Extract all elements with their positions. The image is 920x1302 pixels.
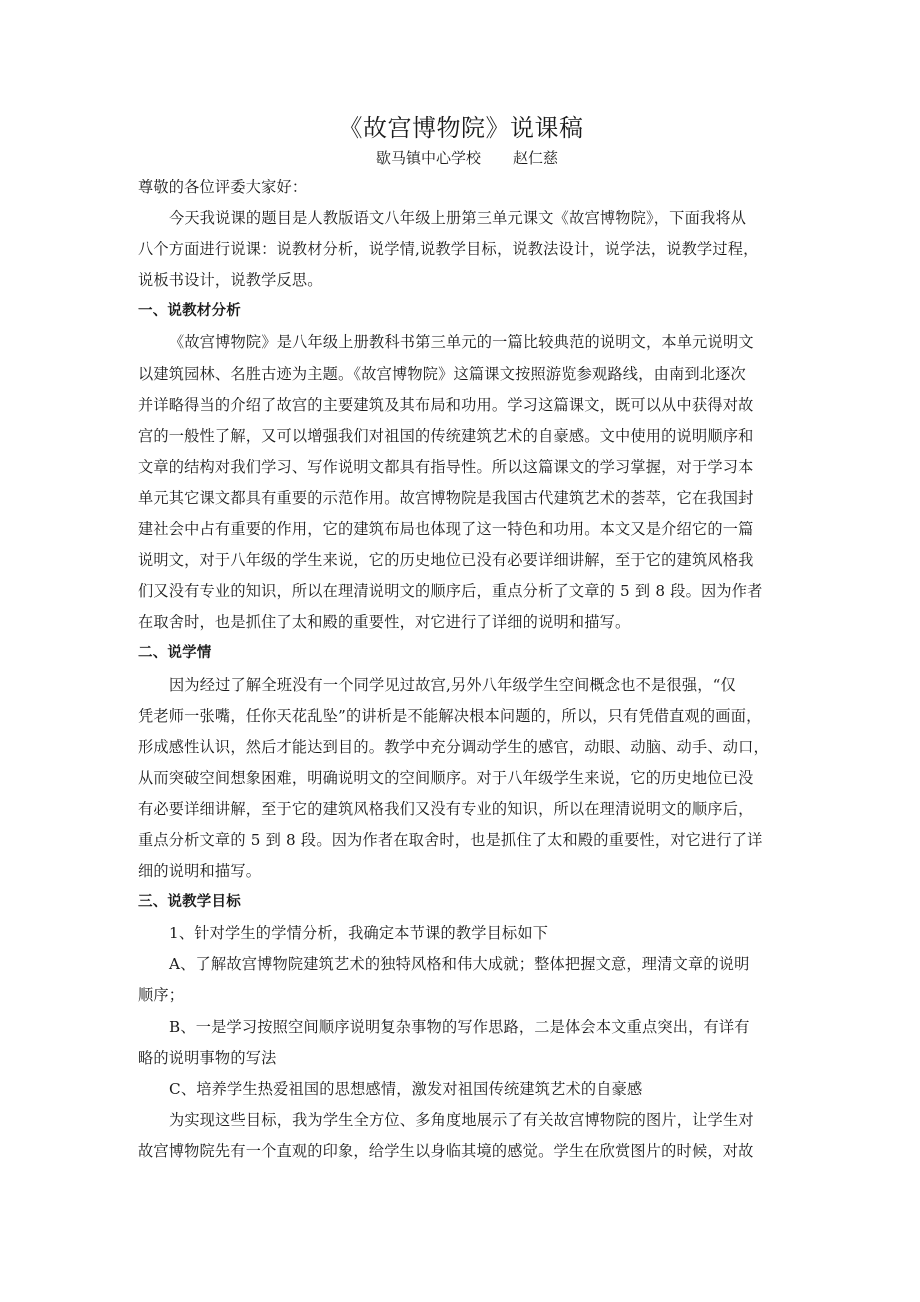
paragraph-line: 为实现这些目标，我为学生全方位、多角度地展示了有关故宫博物院的图片，让学生对: [138, 1105, 784, 1136]
paragraph-line: 说明文，对于八年级的学生来说，它的历史地位已没有必要详细讲解，至于它的建筑风格我: [138, 545, 784, 576]
goal-b-line: 略的说明事物的写法: [138, 1043, 784, 1074]
document-page: 《故宫博物院》说课稿 歇马镇中心学校赵仁慈 尊敬的各位评委大家好： 今天我说课的…: [138, 112, 784, 1167]
paragraph-line: 在取舍时，也是抓住了太和殿的重要性，对它进行了详细的说明和描写。: [138, 607, 784, 638]
paragraph-line: 1、针对学生的学情分析，我确定本节课的教学目标如下: [138, 918, 784, 949]
paragraph-line: 凭老师一张嘴，任你天花乱坠”的讲析是不能解决根本问题的，所以，只有凭借直观的画面…: [138, 701, 784, 732]
goal-a-line: A、了解故宫博物院建筑艺术的独特风格和伟大成就；整体把握文意，理清文章的说明: [138, 949, 784, 980]
author-school: 歇马镇中心学校: [376, 149, 481, 167]
document-title: 《故宫博物院》说课稿: [138, 112, 784, 144]
goal-a-line: 顺序；: [138, 980, 784, 1011]
intro-line: 八个方面进行说课：说教材分析，说学情,说教学目标，说教法设计，说学法，说教学过程…: [138, 234, 784, 265]
goal-c-line: C、培养学生热爱祖国的思想感情，激发对祖国传统建筑艺术的自豪感: [138, 1074, 784, 1105]
paragraph-line: 《故宫博物院》是八年级上册教科书第三单元的一篇比较典范的说明文，本单元说明文: [138, 327, 784, 358]
paragraph-line: 并详略得当的介绍了故宫的主要建筑及其布局和功用。学习这篇课文，既可以从中获得对故: [138, 390, 784, 421]
paragraph-line: 有必要详细讲解，至于它的建筑风格我们又没有专业的知识，所以在理清说明文的顺序后，: [138, 794, 784, 825]
section-heading-textbook-analysis: 一、说教材分析: [138, 296, 784, 327]
paragraph-line: 形成感性认识，然后才能达到目的。教学中充分调动学生的感官，动眼、动脑、动手、动口…: [138, 732, 784, 763]
paragraph-line: 细的说明和描写。: [138, 856, 784, 887]
author-name: 赵仁慈: [513, 149, 558, 167]
paragraph-line: 从而突破空间想象困难，明确说明文的空间顺序。对于八年级学生来说，它的历史地位已没: [138, 763, 784, 794]
paragraph-line: 单元其它课文都具有重要的示范作用。故宫博物院是我国古代建筑艺术的荟萃，它在我国封: [138, 483, 784, 514]
intro-line: 说板书设计，说教学反思。: [138, 265, 784, 296]
section-heading-student-analysis: 二、说学情: [138, 638, 784, 669]
document-byline: 歇马镇中心学校赵仁慈: [138, 144, 784, 172]
paragraph-line: 因为经过了解全班没有一个同学见过故宫,另外八年级学生空间概念也不是很强，“仅: [138, 670, 784, 701]
paragraph-line: 故宫博物院先有一个直观的印象，给学生以身临其境的感觉。学生在欣赏图片的时候，对故: [138, 1136, 784, 1167]
paragraph-line: 们又没有专业的知识，所以在理清说明文的顺序后，重点分析了文章的 5 到 8 段。…: [138, 576, 784, 607]
greeting: 尊敬的各位评委大家好：: [138, 172, 784, 203]
goal-b-line: B、一是学习按照空间顺序说明复杂事物的写作思路，二是体会本文重点突出，有详有: [138, 1012, 784, 1043]
document-body: 尊敬的各位评委大家好： 今天我说课的题目是人教版语文八年级上册第三单元课文《故宫…: [138, 172, 784, 1167]
paragraph-line: 以建筑园林、名胜古迹为主题。《故宫博物院》这篇课文按照游览参观路线，由南到北逐次: [138, 359, 784, 390]
paragraph-line: 宫的一般性了解，又可以增强我们对祖国的传统建筑艺术的自豪感。文中使用的说明顺序和: [138, 421, 784, 452]
paragraph-line: 文章的结构对我们学习、写作说明文都具有指导性。所以这篇课文的学习掌握，对于学习本: [138, 452, 784, 483]
paragraph-line: 重点分析文章的 5 到 8 段。因为作者在取舍时，也是抓住了太和殿的重要性，对它…: [138, 825, 784, 856]
intro-line: 今天我说课的题目是人教版语文八年级上册第三单元课文《故宫博物院》，下面我将从: [138, 203, 784, 234]
paragraph-line: 建社会中占有重要的作用，它的建筑布局也体现了这一特色和功用。本文又是介绍它的一篇: [138, 514, 784, 545]
section-heading-teaching-goals: 三、说教学目标: [138, 887, 784, 918]
